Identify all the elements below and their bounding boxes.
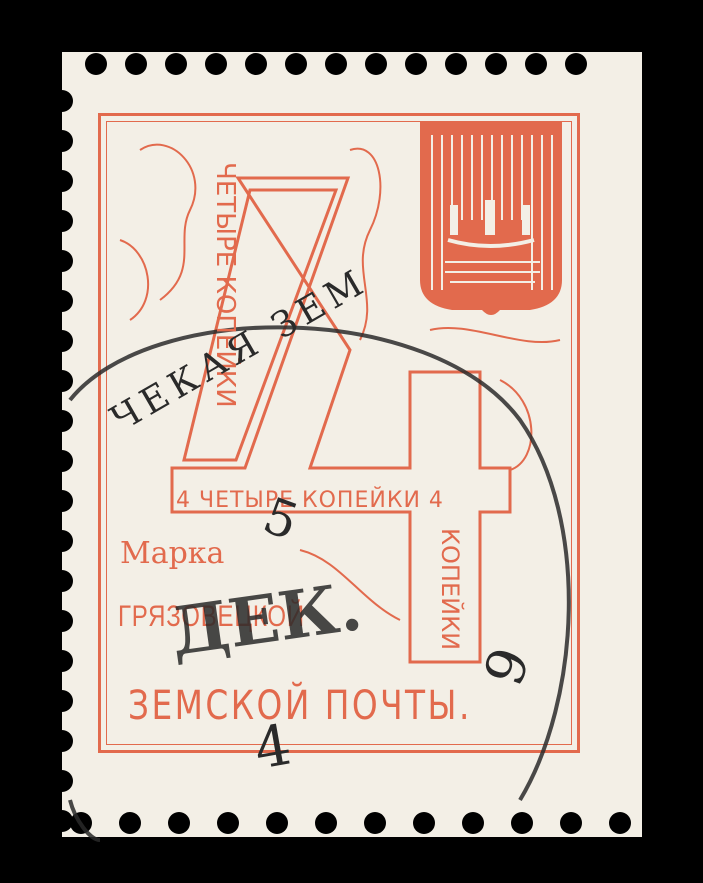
coat-of-arms-icon [420, 122, 562, 315]
stamp-label-marka: Марка [120, 536, 224, 571]
denomination-band: 4 ЧЕТЫРЕ КОПЕЙКИ 4 [176, 488, 444, 513]
stamp-label-zemstvo-post: ЗЕМСКОЙ ПОЧТЫ. [128, 683, 472, 729]
stamp-design [0, 0, 703, 883]
vertical-text-right: КОПЕЙКИ [436, 528, 464, 650]
